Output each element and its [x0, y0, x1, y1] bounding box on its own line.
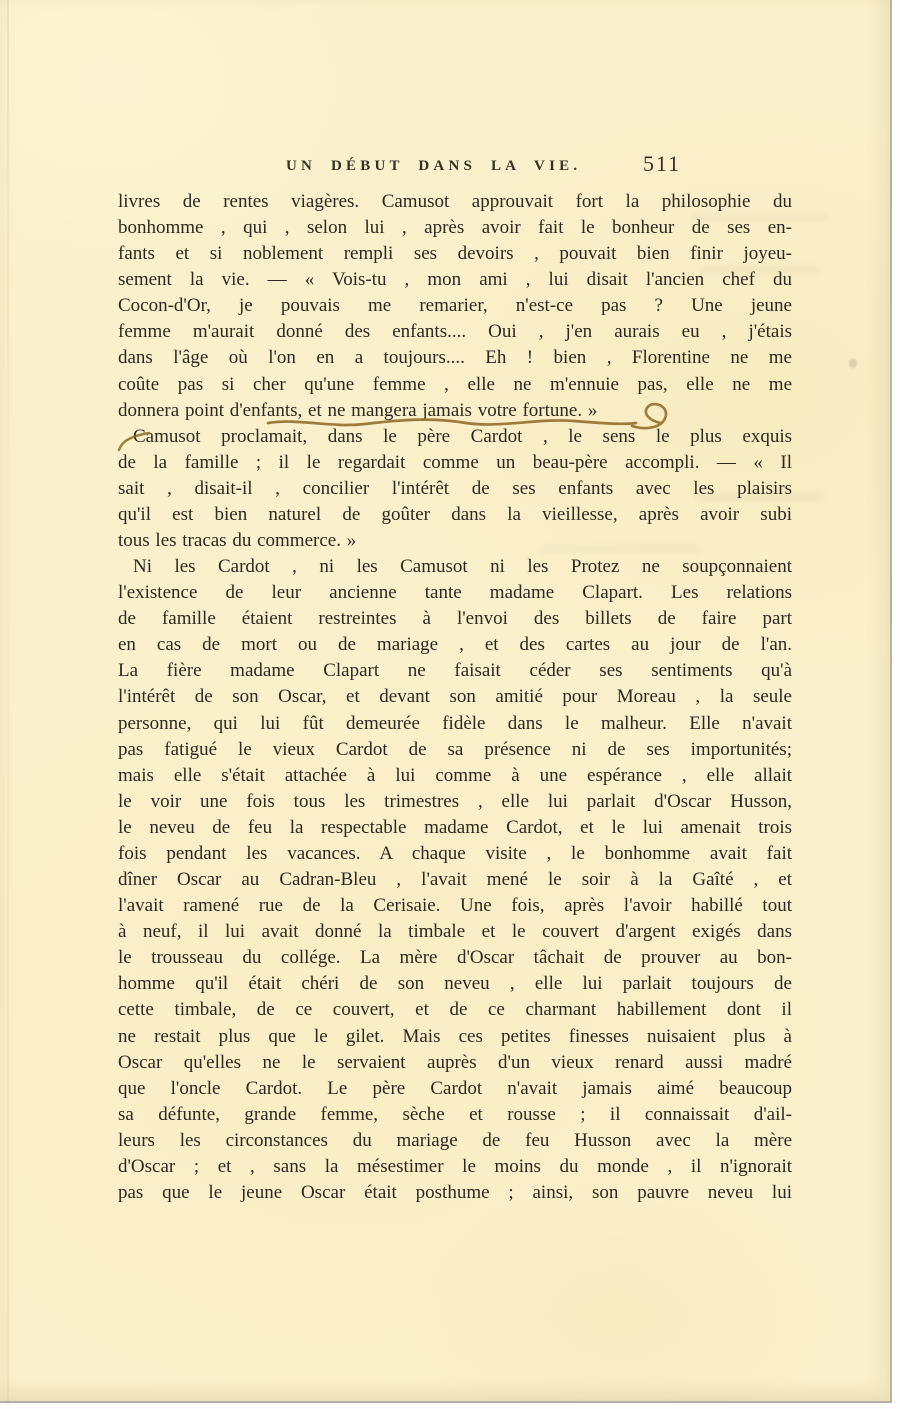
text-line: tous les tracas du commerce. »: [118, 528, 792, 554]
text-line: l'intérêt de son Oscar, et devant son am…: [118, 684, 792, 710]
text-line: livres de rentes viagères. Camusot appro…: [118, 189, 792, 215]
text-line: le trousseau du collége. La mère d'Oscar…: [118, 945, 792, 971]
book-page-scan: UN DÉBUT DANS LA VIE. 511 livres de rent…: [0, 0, 900, 1409]
text-line: mais elle s'était attachée à lui comme à…: [118, 763, 792, 789]
text-line: de la famille ; il le regardait comme un…: [118, 450, 792, 476]
running-head: UN DÉBUT DANS LA VIE. 511: [118, 155, 792, 183]
text-line: le voir une fois tous les trimestres , e…: [118, 789, 792, 815]
text-line: fants et si noblement rempli ses devoirs…: [118, 241, 792, 267]
text-block: livres de rentes viagères. Camusot appro…: [118, 189, 792, 1206]
text-line: leurs les circonstances du mariage de fe…: [118, 1128, 792, 1154]
text-line: que l'oncle Cardot. Le père Cardot n'ava…: [118, 1076, 792, 1102]
text-line: Ni les Cardot , ni les Camusot ni les Pr…: [118, 554, 792, 580]
text-line: homme qu'il était chéri de son neveu , e…: [118, 971, 792, 997]
text-line: Camusot proclamait, dans le père Cardot …: [118, 424, 792, 450]
text-line: à neuf, il lui avait donné la timbale et…: [118, 919, 792, 945]
text-line: dîner Oscar au Cadran-Bleu , l'avait men…: [118, 867, 792, 893]
text-line: l'existence de leur ancienne tante madam…: [118, 580, 792, 606]
text-line: sait , disait-il , concilier l'intérêt d…: [118, 476, 792, 502]
text-line: ne restait plus que le gilet. Mais ces p…: [118, 1024, 792, 1050]
text-line: d'Oscar ; et , sans la mésestimer le moi…: [118, 1154, 792, 1180]
page-crease: [7, 0, 9, 1403]
text-line: le neveu de feu la respectable madame Ca…: [118, 815, 792, 841]
page-title: UN DÉBUT DANS LA VIE.: [286, 158, 581, 175]
text-line: pas que le jeune Oscar était posthume ; …: [118, 1180, 792, 1206]
text-line: femme m'aurait donné des enfants.... Oui…: [118, 319, 792, 345]
text-line: l'avait ramené rue de la Cerisaie. Une f…: [118, 893, 792, 919]
text-line: Cocon-d'Or, je pouvais me remarier, n'es…: [118, 293, 792, 319]
text-line: bonhomme , qui , selon lui , après avoir…: [118, 215, 792, 241]
text-line: coûte pas si cher qu'une femme , elle ne…: [118, 372, 792, 398]
text-line: Oscar qu'elles ne le servaient auprès d'…: [118, 1050, 792, 1076]
text-line: La fière madame Clapart ne faisait céder…: [118, 658, 792, 684]
text-line: pas fatigué le vieux Cardot de sa présen…: [118, 737, 792, 763]
text-line: sement la vie. — « Vois-tu , mon ami , l…: [118, 267, 792, 293]
paper-speck: [849, 359, 857, 368]
text-line: qu'il est bien naturel de goûter dans la…: [118, 502, 792, 528]
text-line: donnera point d'enfants, et ne mangera j…: [118, 398, 792, 424]
text-line: en cas de mort ou de mariage , et des ca…: [118, 632, 792, 658]
text-line: personne, qui lui fût demeurée fidèle da…: [118, 711, 792, 737]
text-line: cette timbale, de ce couvert, et de ce c…: [118, 997, 792, 1023]
page-number: 511: [643, 151, 681, 177]
text-line: dans l'âge où l'on en a toujours.... Eh …: [118, 345, 792, 371]
text-line: de famille étaient restreintes à l'envoi…: [118, 606, 792, 632]
text-line: sa défunte, grande femme, sèche et rouss…: [118, 1102, 792, 1128]
text-line: fois pendant les vacances. A chaque visi…: [118, 841, 792, 867]
